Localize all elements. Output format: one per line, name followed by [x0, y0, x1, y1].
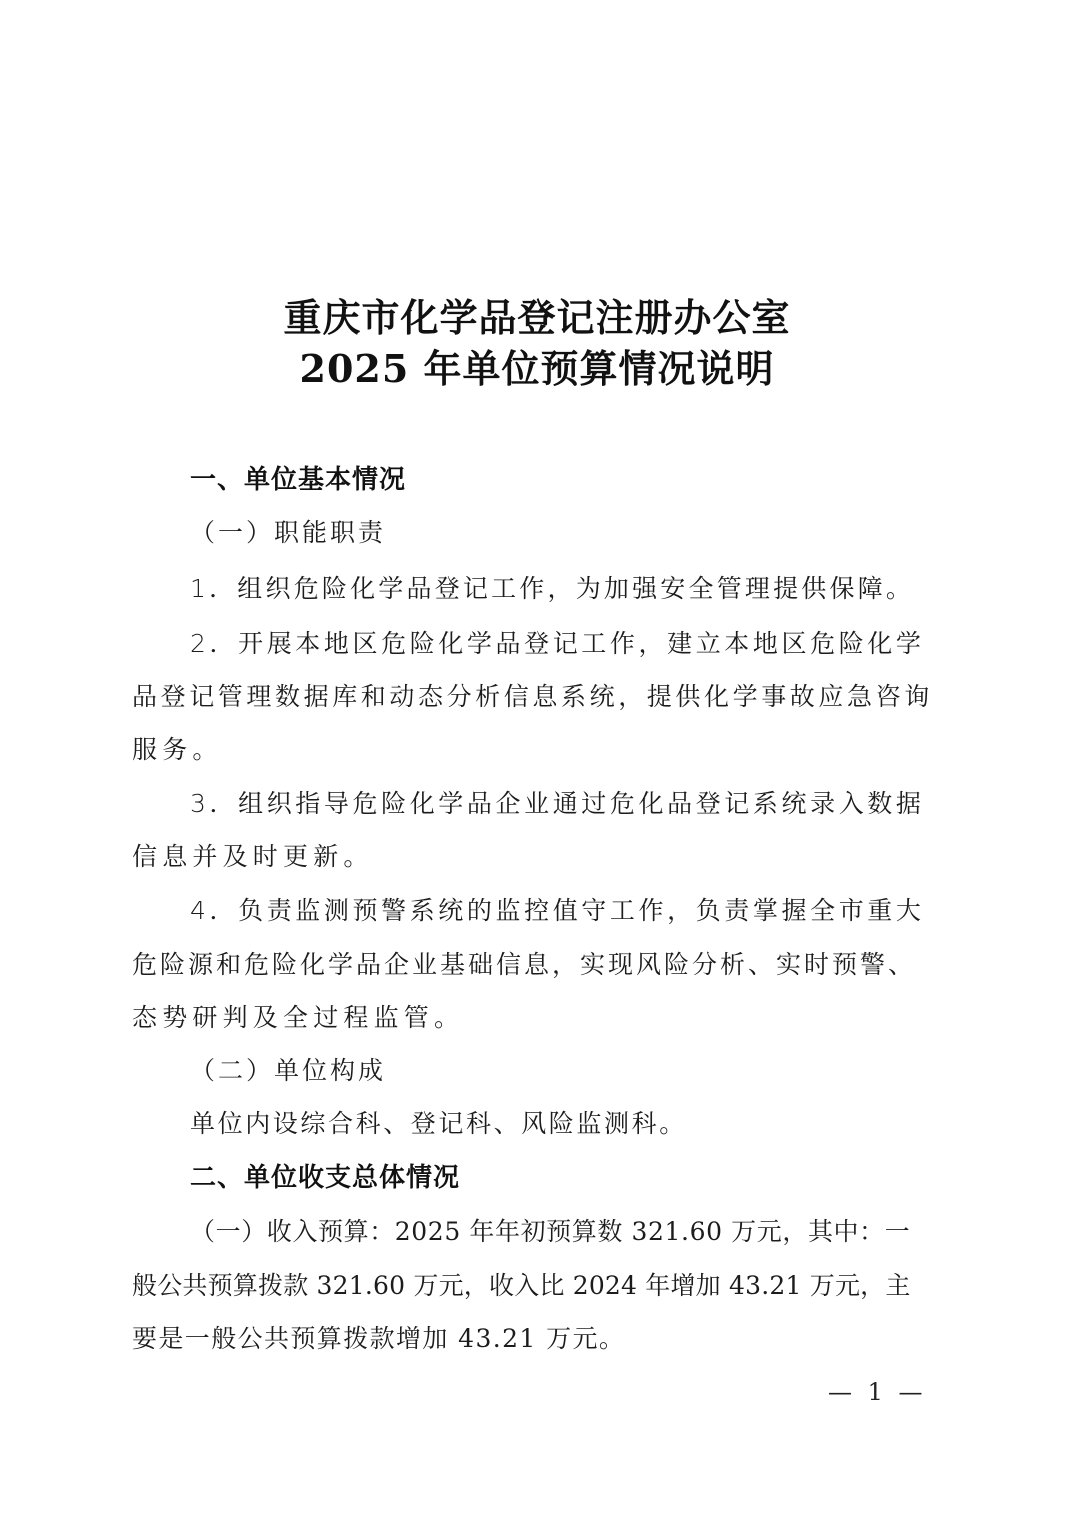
document-title-line1: 重庆市化学品登记注册办公室	[0, 294, 1074, 342]
duty-item-3-line1: 3．组织指导危险化学品企业通过危化品登记系统录入数据	[190, 786, 944, 822]
page-number: — 1 —	[828, 1376, 927, 1408]
duty-item-4-line2: 危险源和危险化学品企业基础信息，实现风险分析、实时预警、	[132, 947, 944, 983]
document-title-line2: 2025 年单位预算情况说明	[0, 345, 1074, 393]
income-line3: 要是一般公共预算拨款增加 43.21 万元。	[132, 1321, 944, 1357]
duty-item-4-line3: 态势研判及全过程监管。	[132, 1000, 944, 1036]
duty-item-4-line1: 4．负责监测预警系统的监控值守工作，负责掌握全市重大	[190, 893, 944, 929]
duty-item-1: 1．组织危险化学品登记工作，为加强安全管理提供保障。	[190, 571, 944, 607]
income-line1: （一）收入预算：2025 年年初预算数 321.60 万元，其中：一	[190, 1214, 944, 1250]
duty-item-2-line1: 2．开展本地区危险化学品登记工作，建立本地区危险化学	[190, 626, 944, 662]
unit-composition-text: 单位内设综合科、登记科、风险监测科。	[190, 1106, 944, 1142]
section2-heading: 二、单位收支总体情况	[190, 1160, 460, 1196]
income-line2: 般公共预算拨款 321.60 万元，收入比 2024 年增加 43.21 万元，…	[132, 1268, 944, 1304]
section1-sub2-heading: （二）单位构成	[190, 1053, 386, 1089]
duty-item-2-line2: 品登记管理数据库和动态分析信息系统，提供化学事故应急咨询	[132, 679, 944, 715]
duty-item-2-line3: 服务。	[132, 732, 944, 768]
section1-heading: 一、单位基本情况	[190, 462, 406, 498]
section1-sub1-heading: （一）职能职责	[190, 515, 386, 551]
duty-item-3-line2: 信息并及时更新。	[132, 839, 944, 875]
